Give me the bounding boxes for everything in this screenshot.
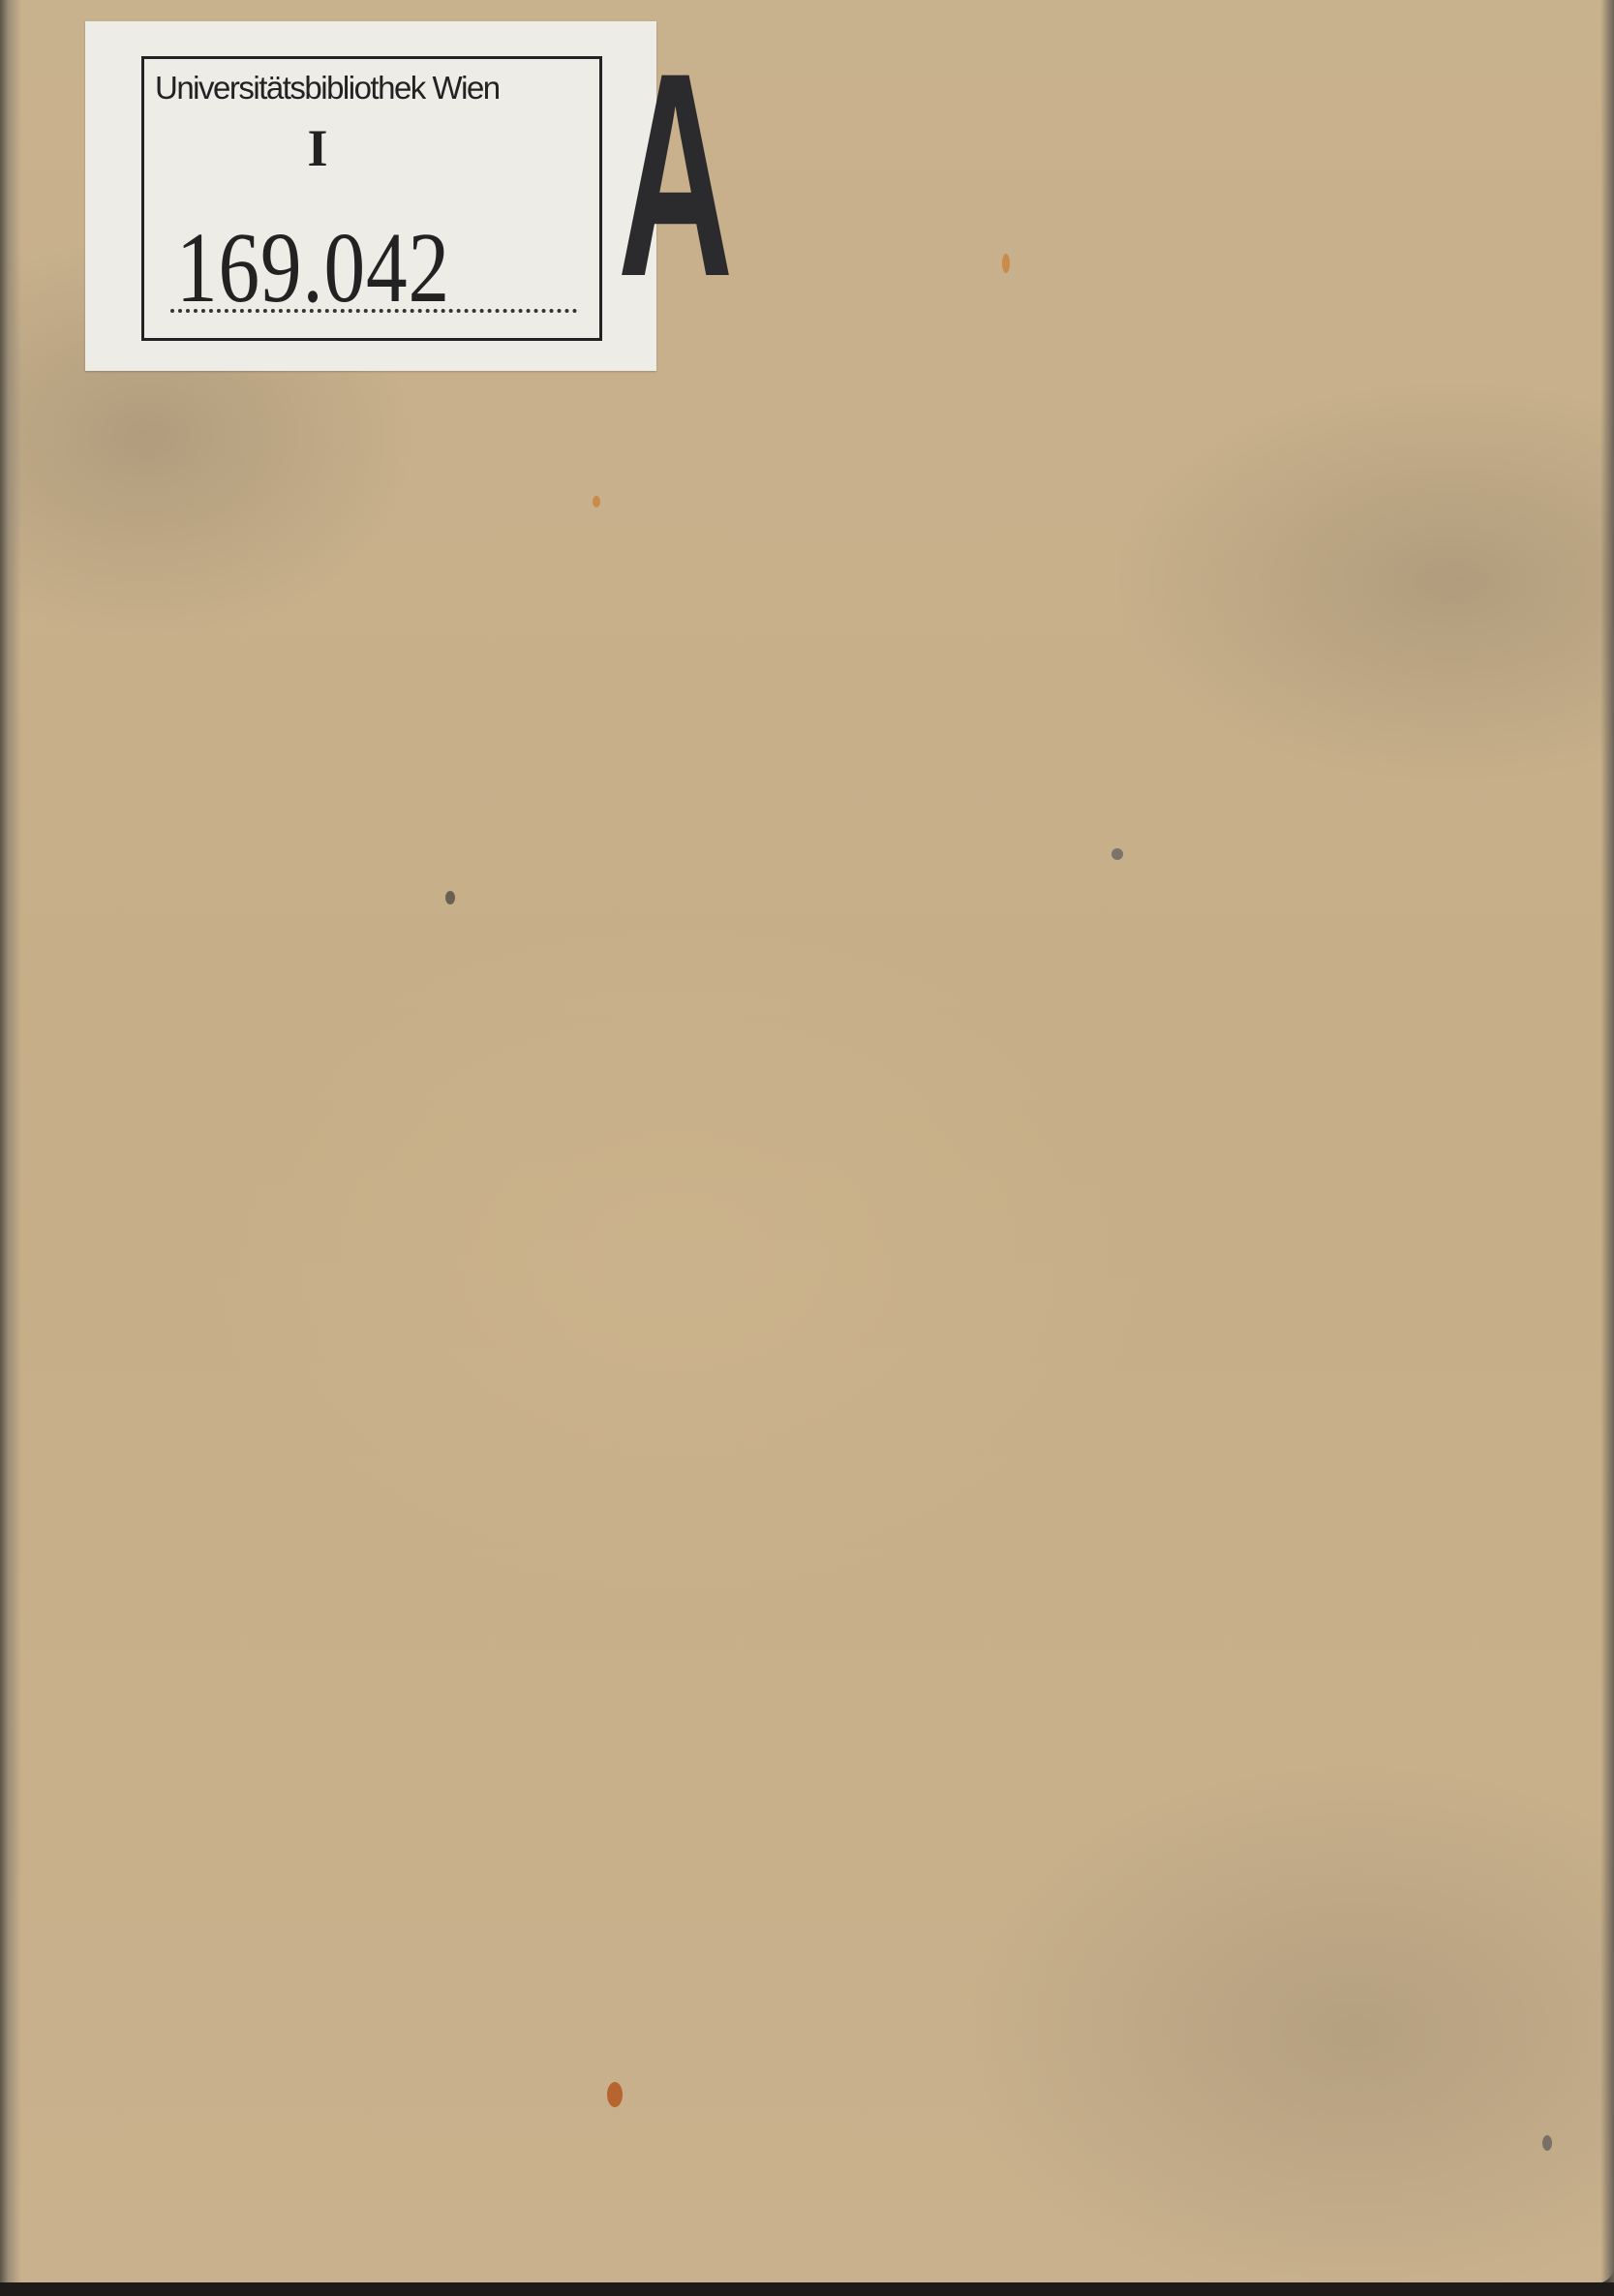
stain	[445, 891, 455, 904]
library-name: Universitätsbibliothek Wien	[155, 70, 500, 107]
stamp-letter: A	[618, 63, 733, 286]
bottom-edge	[0, 2282, 1614, 2296]
stain	[1542, 2135, 1552, 2151]
stain	[593, 496, 600, 507]
library-label: Universitätsbibliothek Wien I 169.042 A	[85, 21, 656, 371]
dotted-line	[170, 309, 577, 313]
section-numeral: I	[32, 118, 603, 178]
stain	[1002, 254, 1010, 273]
right-edge	[1600, 0, 1614, 2283]
stain	[607, 2082, 623, 2107]
stain	[1112, 848, 1123, 860]
spine-edge	[0, 0, 21, 2283]
